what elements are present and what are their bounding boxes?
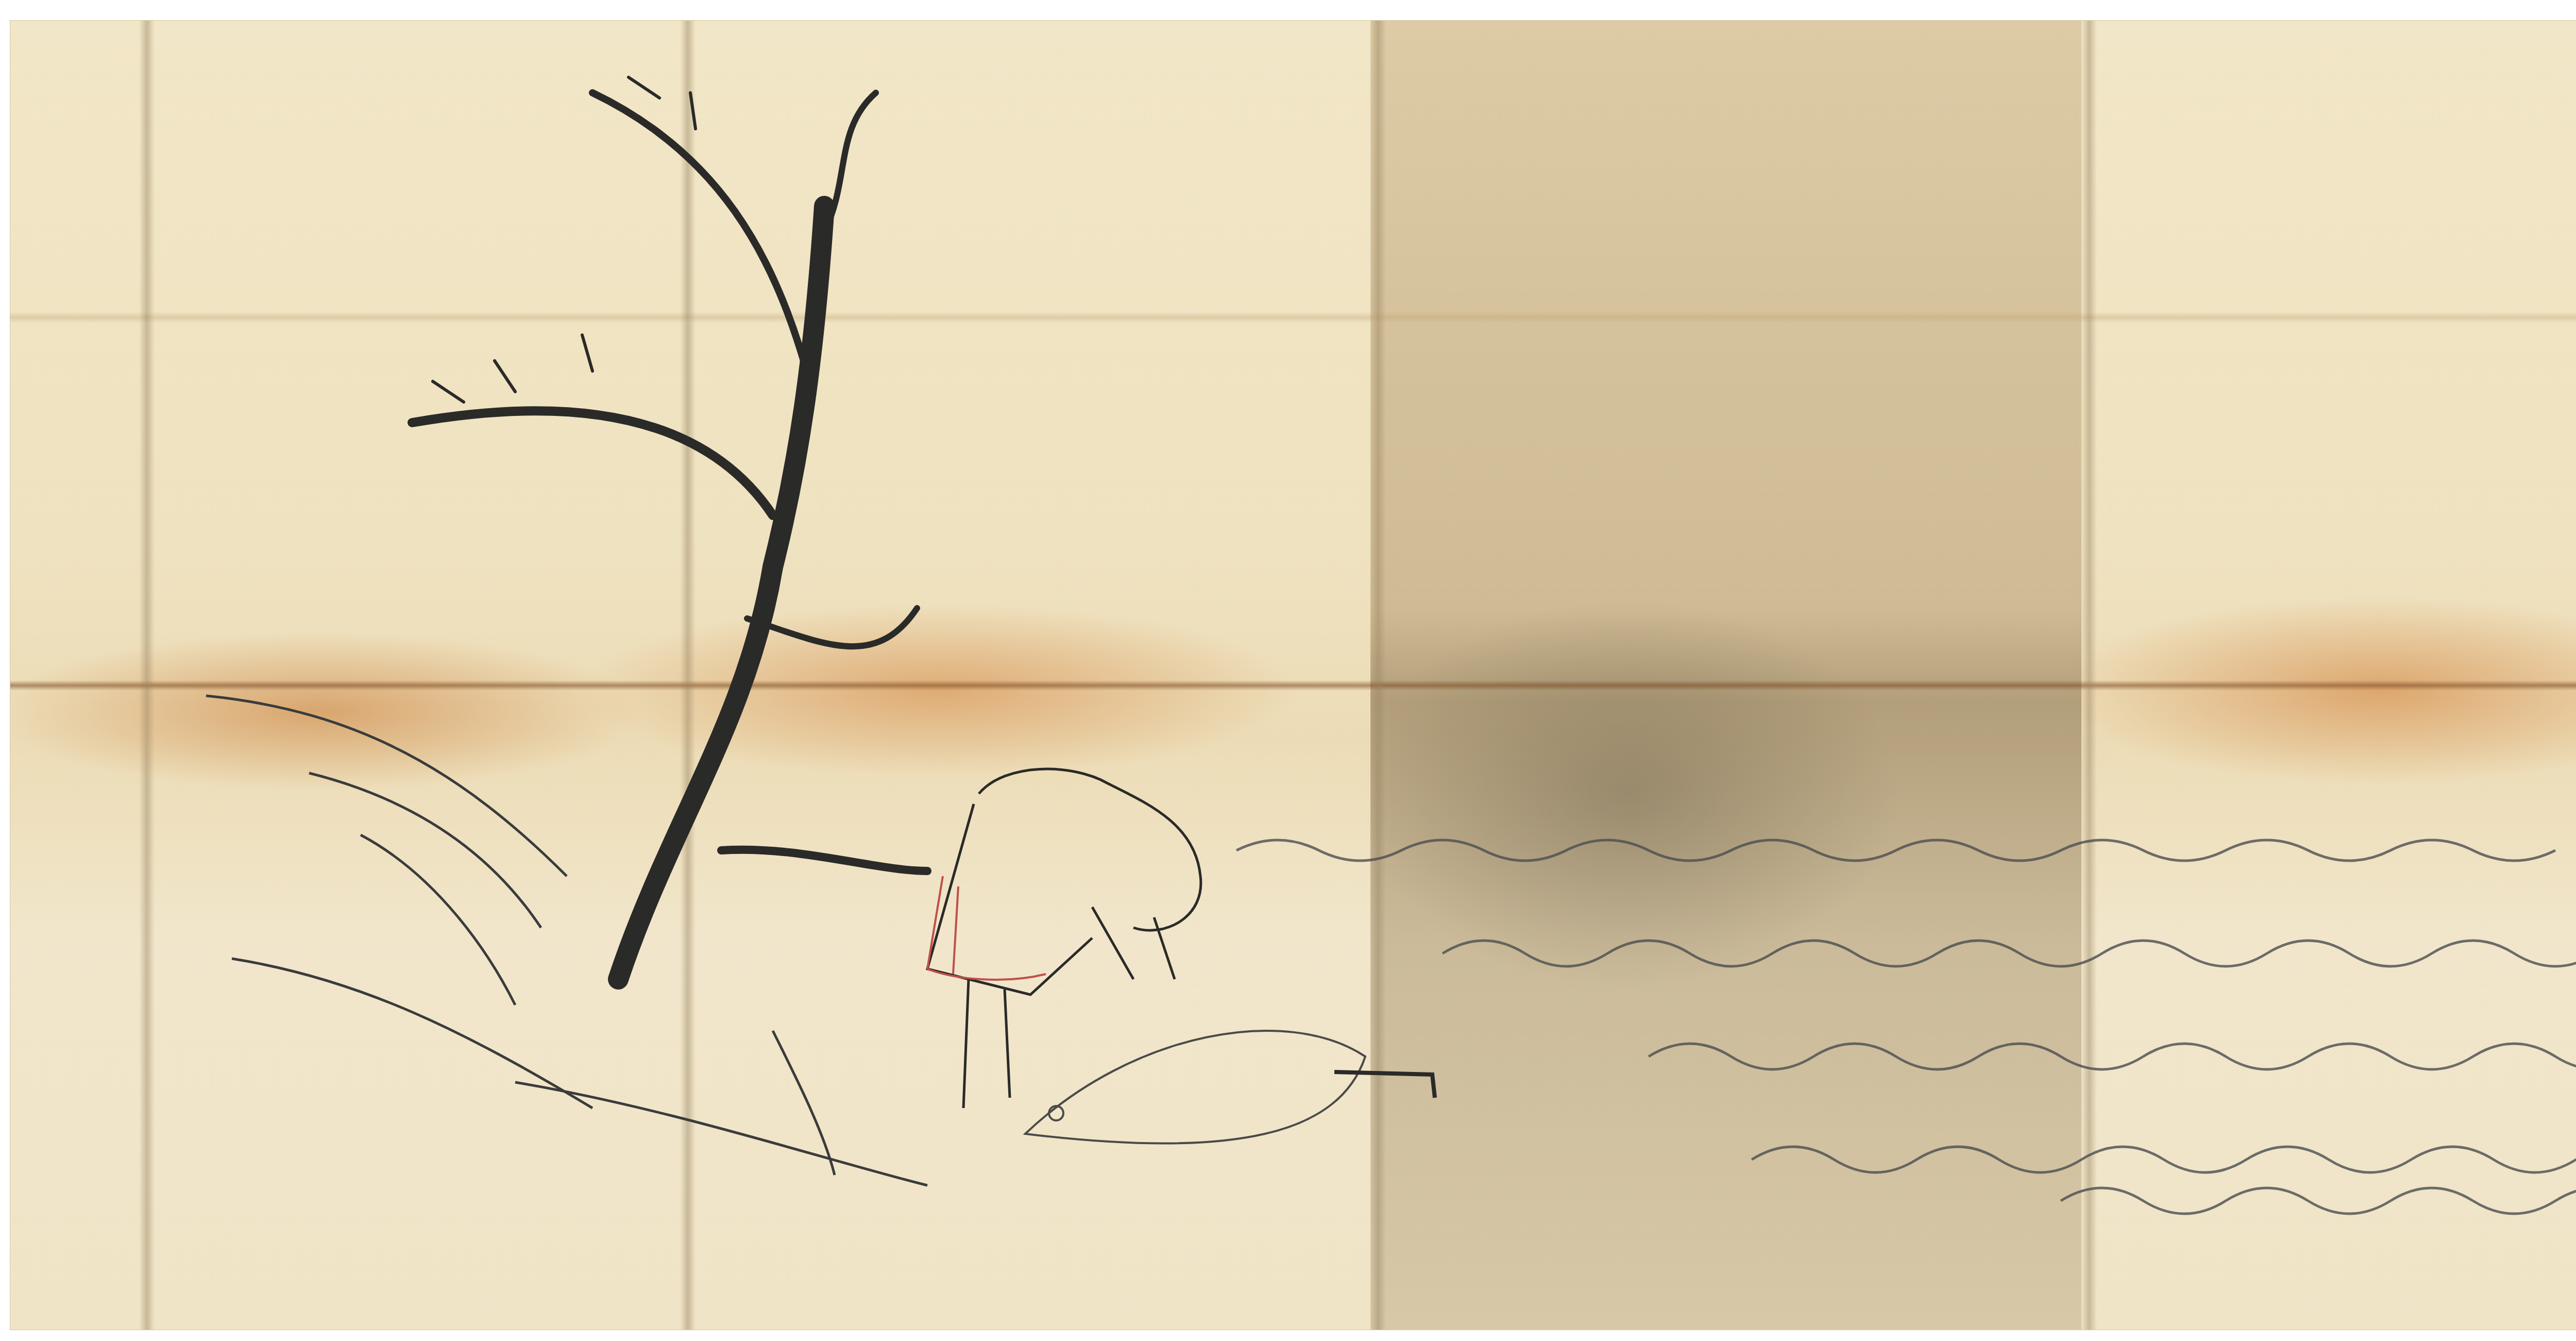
waves — [1236, 840, 2576, 1214]
ink-drawing — [0, 0, 2576, 1341]
fisherman-figure — [927, 769, 1201, 1108]
flatfish — [1025, 1031, 1365, 1144]
reed-grass — [206, 696, 927, 1185]
tree — [412, 77, 927, 979]
red-garment-lines — [927, 876, 1046, 980]
